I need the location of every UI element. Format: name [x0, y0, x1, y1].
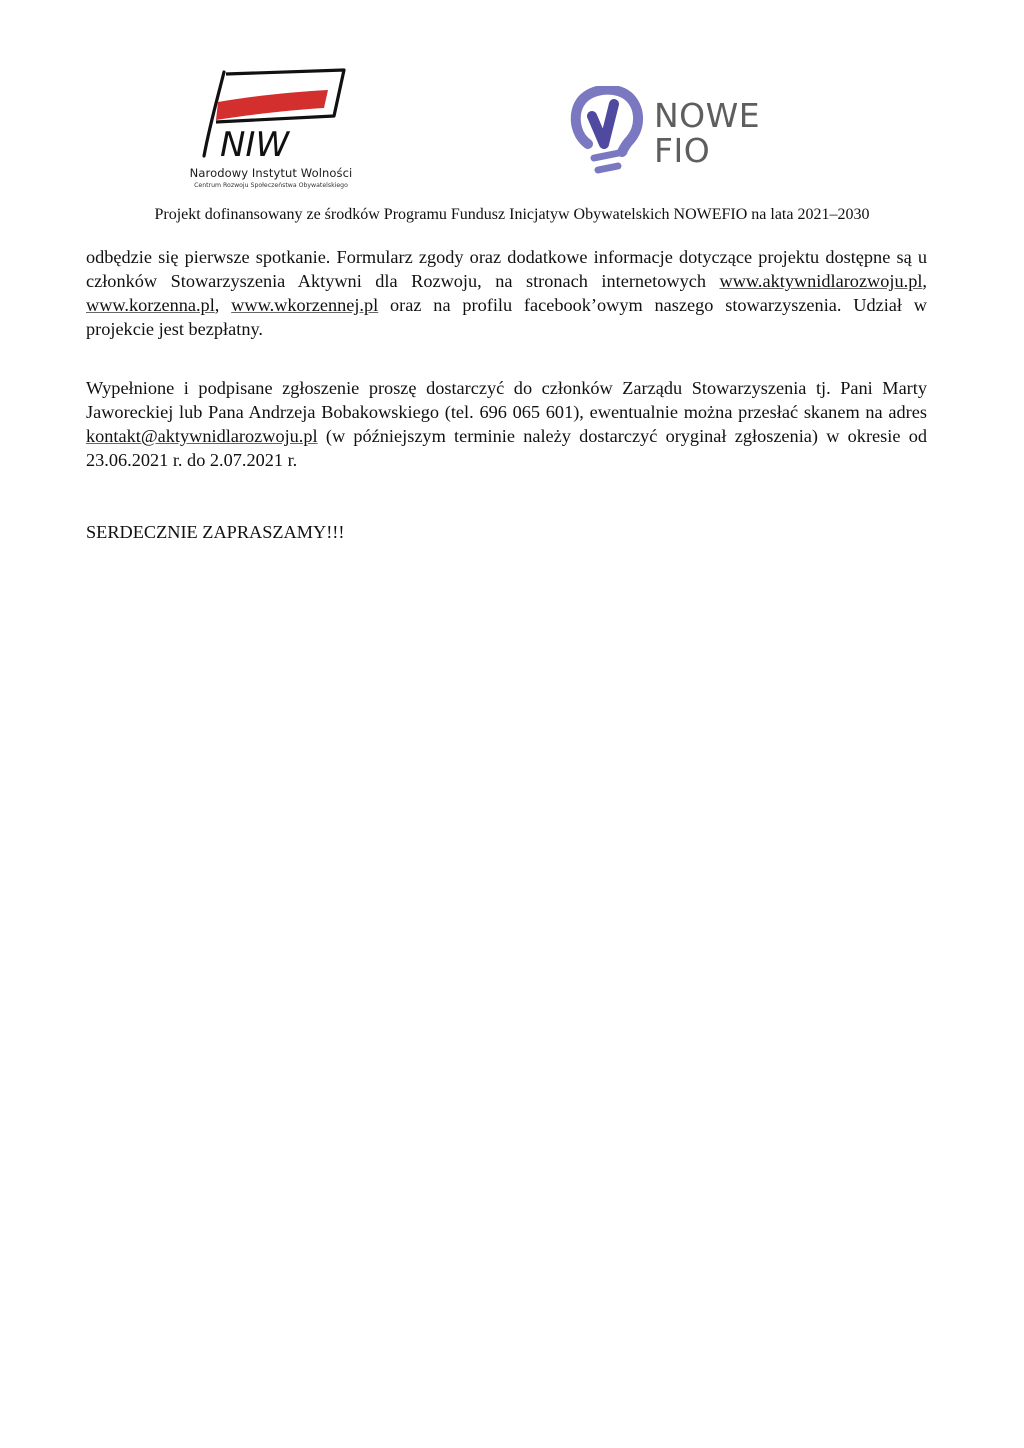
link-wkorzennej[interactable]: www.wkorzennej.pl [231, 295, 378, 315]
paragraph-project-info: odbędzie się pierwsze spotkanie. Formula… [86, 245, 927, 341]
niw-name: Narodowy Instytut Wolności [176, 166, 366, 180]
nowefio-logo: NOWE FIO [570, 86, 780, 182]
nowefio-wordmark: NOWE FIO [654, 98, 760, 168]
link-aktywnidlarozwoju[interactable]: www.aktywnidlarozwoju.pl [720, 271, 923, 291]
closing-invitation: SERDECZNIE ZAPRASZAMY!!! [86, 520, 927, 544]
link-korzenna[interactable]: www.korzenna.pl [86, 295, 215, 315]
email-link[interactable]: kontakt@aktywnidlarozwoju.pl [86, 426, 318, 446]
paragraph-submission: Wypełnione i podpisane zgłoszenie proszę… [86, 376, 927, 472]
lightbulb-logo-icon [570, 86, 650, 182]
svg-text:NIW: NIW [220, 125, 290, 164]
niw-logo: NIW Narodowy Instytut Wolności Centrum R… [176, 62, 366, 198]
funding-note: Projekt dofinansowany ze środków Program… [0, 206, 1024, 224]
niw-flag-logo-icon: NIW [198, 64, 348, 164]
niw-subtitle: Centrum Rozwoju Społeczeństwa Obywatelsk… [176, 182, 366, 189]
